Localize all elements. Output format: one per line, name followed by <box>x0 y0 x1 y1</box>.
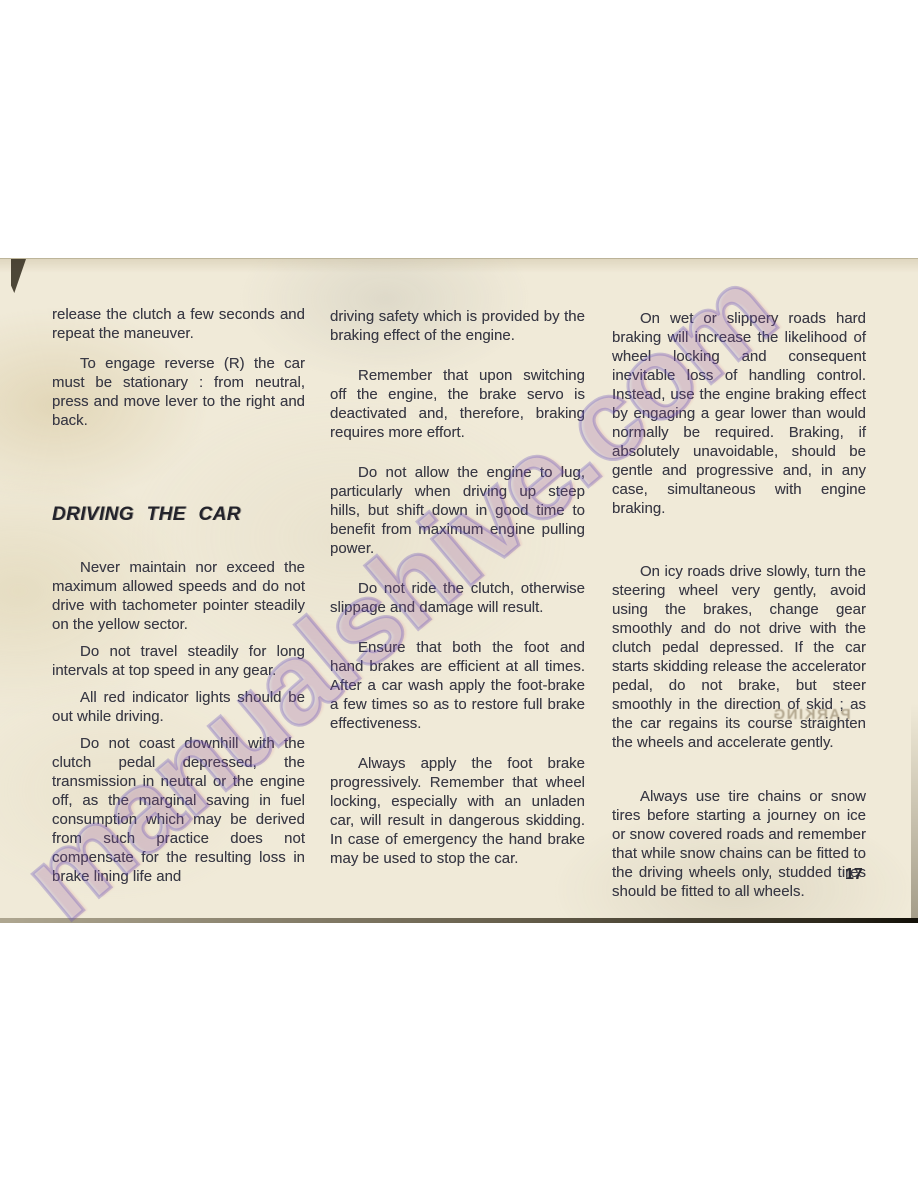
paragraph: On icy roads drive slowly, turn the stee… <box>612 562 866 752</box>
paragraph: Ensure that both the foot and hand brake… <box>330 638 585 733</box>
paragraph: release the clutch a few seconds and rep… <box>52 305 305 343</box>
paragraph: Do not coast downhill with the clutch pe… <box>52 734 305 886</box>
column-middle: driving safety which is provided by the … <box>330 307 585 868</box>
paragraph: All red indicator lights should be out w… <box>52 688 305 726</box>
paragraph: Never maintain nor exceed the maximum al… <box>52 558 305 634</box>
paragraph: Do not travel steadily for long interval… <box>52 642 305 680</box>
page-bottom-edge <box>0 918 918 923</box>
paragraph: Always use tire chains or snow tires bef… <box>612 787 866 901</box>
column-left: release the clutch a few seconds and rep… <box>52 305 305 886</box>
column-right: On wet or slippery roads hard braking wi… <box>612 309 866 901</box>
page-right-edge-shadow <box>911 703 918 923</box>
page-corner-mark <box>11 259 26 293</box>
paragraph: Always apply the foot brake progressivel… <box>330 754 585 868</box>
paragraph: driving safety which is provided by the … <box>330 307 585 345</box>
paragraph: Remember that upon switching off the eng… <box>330 366 585 442</box>
showthrough-text: PARKING <box>772 706 851 723</box>
paragraph: Do not ride the clutch, otherwise slippa… <box>330 579 585 617</box>
section-heading: DRIVING THE CAR <box>52 504 305 526</box>
paragraph: Do not allow the engine to lug, particul… <box>330 463 585 558</box>
paragraph: On wet or slippery roads hard braking wi… <box>612 309 866 518</box>
paragraph: To engage reverse (R) the car must be st… <box>52 354 305 430</box>
page-number: 17 <box>845 866 863 884</box>
